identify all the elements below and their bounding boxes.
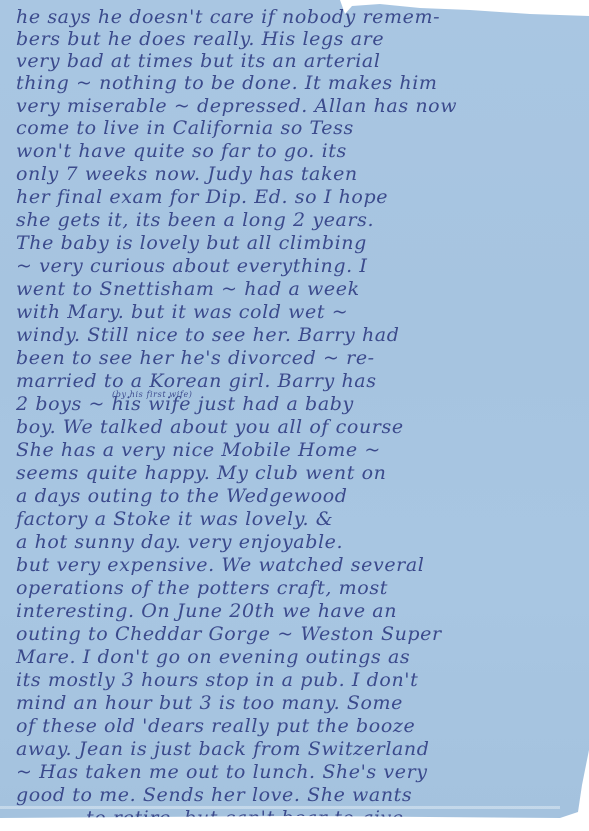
letter-line: to retire, but can't bear to give: [86, 805, 404, 831]
letter-page: he says he doesn't care if nobody remem-…: [0, 0, 589, 831]
